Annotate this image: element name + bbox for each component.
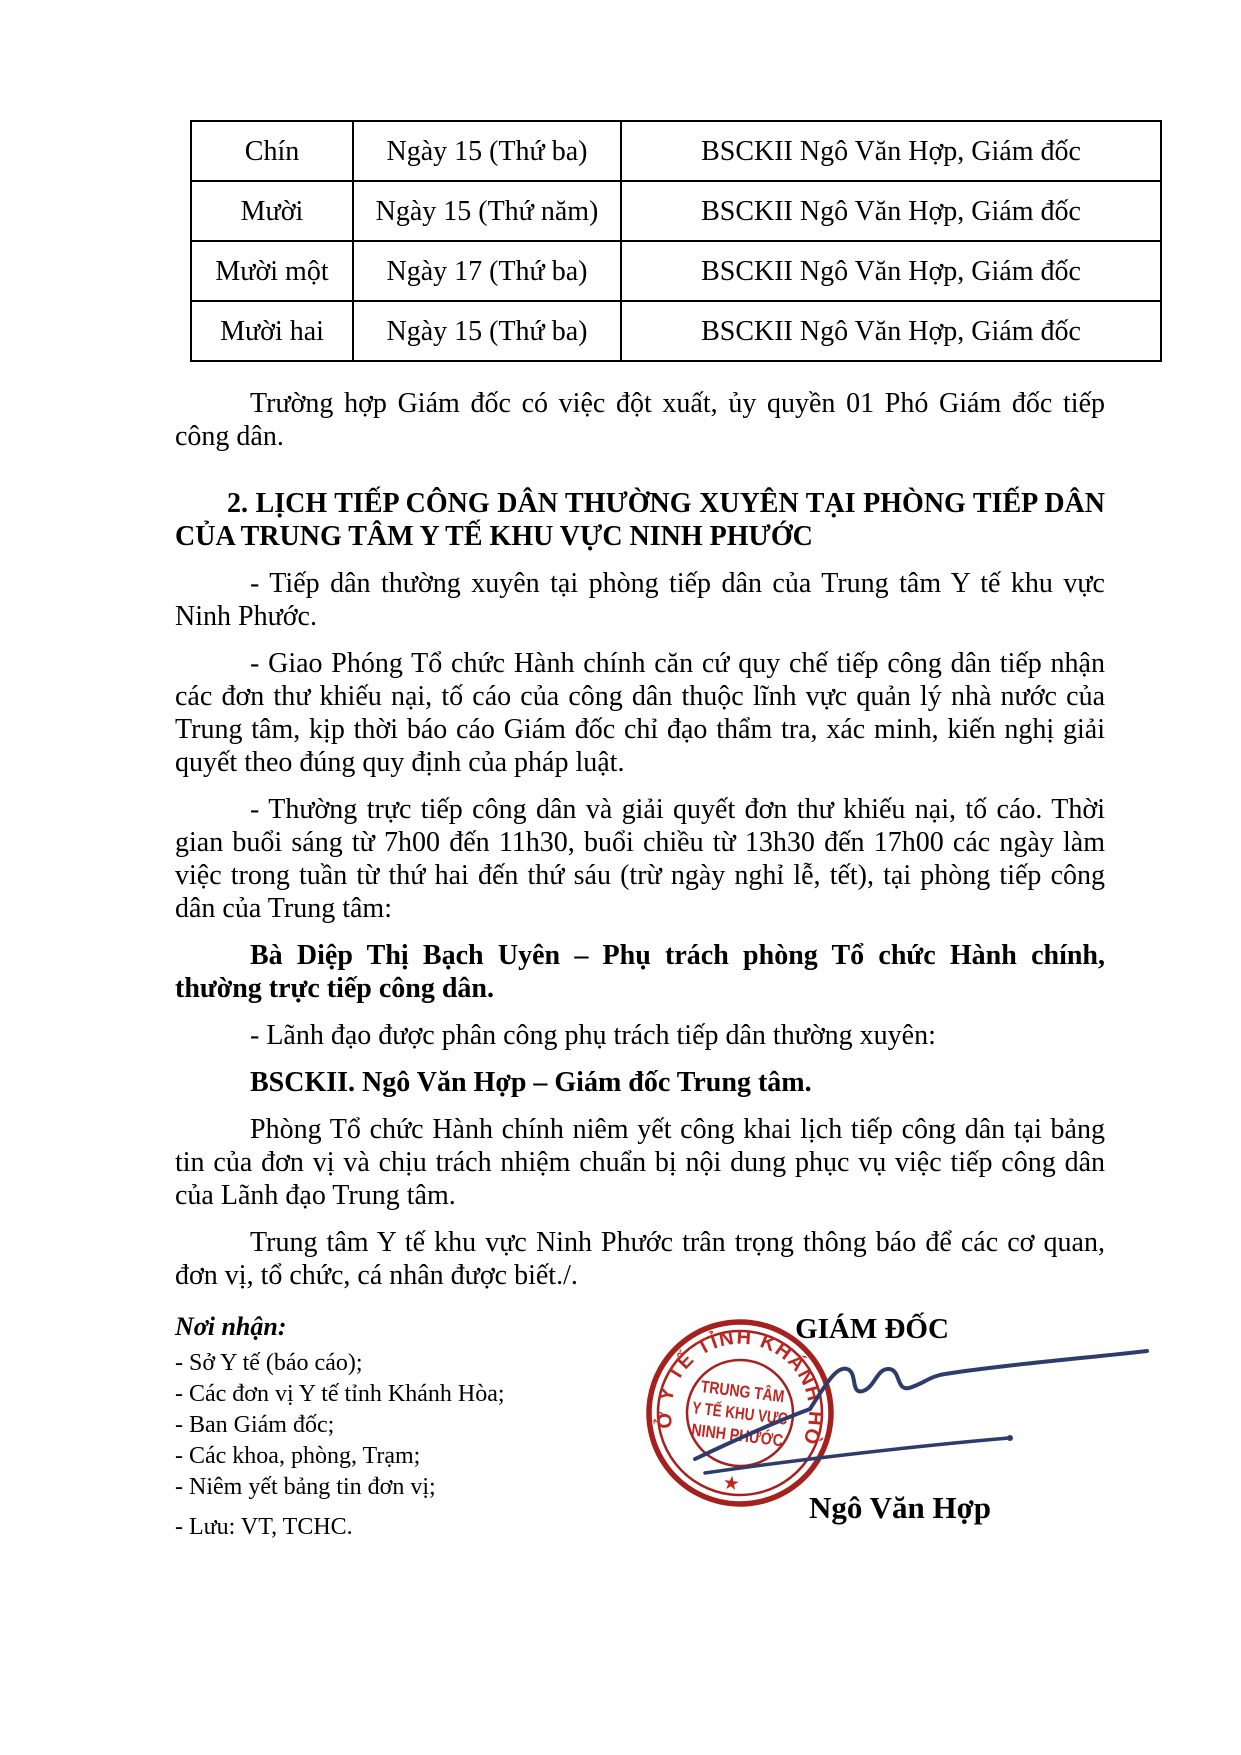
cell-week: Chín bbox=[191, 121, 353, 181]
paragraph-tran-trong: Trung tâm Y tế khu vực Ninh Phước trân t… bbox=[175, 1226, 1105, 1292]
recipients-block: Nơi nhận: - Sở Y tế (báo cáo); - Các đơn… bbox=[175, 1310, 615, 1560]
cell-person: BSCKII Ngô Văn Hợp, Giám đốc bbox=[621, 301, 1161, 361]
signature-block: SỞ Y TẾ TỈNH KHÁNH HÒA TRUNG TÂM Y TẾ KH… bbox=[615, 1310, 1105, 1560]
paragraph-lanh-dao: - Lãnh đạo được phân công phụ trách tiếp… bbox=[175, 1019, 1105, 1052]
recipient-item: - Sở Y tế (báo cáo); bbox=[175, 1348, 615, 1379]
cell-date: Ngày 15 (Thứ ba) bbox=[353, 301, 621, 361]
cell-person: BSCKII Ngô Văn Hợp, Giám đốc bbox=[621, 241, 1161, 301]
paragraph-giam-doc: BSCKII. Ngô Văn Hợp – Giám đốc Trung tâm… bbox=[175, 1066, 1105, 1099]
section-heading-2: 2. LỊCH TIẾP CÔNG DÂN THƯỜNG XUYÊN TẠI P… bbox=[175, 487, 1105, 553]
schedule-table: Chín Ngày 15 (Thứ ba) BSCKII Ngô Văn Hợp… bbox=[190, 120, 1162, 362]
recipient-item: - Các khoa, phòng, Trạm; bbox=[175, 1441, 615, 1472]
cell-person: BSCKII Ngô Văn Hợp, Giám đốc bbox=[621, 181, 1161, 241]
cell-week: Mười bbox=[191, 181, 353, 241]
paragraph-thuong-truc: - Thường trực tiếp công dân và giải quyế… bbox=[175, 793, 1105, 925]
cell-date: Ngày 17 (Thứ ba) bbox=[353, 241, 621, 301]
signature-stroke-end-dot bbox=[1007, 1435, 1013, 1441]
paragraph-tiep-dan: - Tiếp dân thường xuyên tại phòng tiếp d… bbox=[175, 567, 1105, 633]
cell-week: Mười một bbox=[191, 241, 353, 301]
signature-footer: Nơi nhận: - Sở Y tế (báo cáo); - Các đơn… bbox=[175, 1310, 1105, 1560]
table-row: Chín Ngày 15 (Thứ ba) BSCKII Ngô Văn Hợp… bbox=[191, 121, 1161, 181]
document-page: Chín Ngày 15 (Thứ ba) BSCKII Ngô Văn Hợp… bbox=[0, 0, 1241, 1755]
cell-date: Ngày 15 (Thứ năm) bbox=[353, 181, 621, 241]
signature-title: GIÁM ĐỐC bbox=[615, 1312, 1105, 1346]
table-row: Mười một Ngày 17 (Thứ ba) BSCKII Ngô Văn… bbox=[191, 241, 1161, 301]
document-body: Trường hợp Giám đốc có việc đột xuất, ủy… bbox=[175, 387, 1105, 1292]
paragraph-uy-quyen: Trường hợp Giám đốc có việc đột xuất, ủy… bbox=[175, 387, 1105, 453]
table-row: Mười hai Ngày 15 (Thứ ba) BSCKII Ngô Văn… bbox=[191, 301, 1161, 361]
paragraph-niem-yet: Phòng Tổ chức Hành chính niêm yết công k… bbox=[175, 1113, 1105, 1212]
cell-person: BSCKII Ngô Văn Hợp, Giám đốc bbox=[621, 121, 1161, 181]
recipient-item: - Các đơn vị Y tế tỉnh Khánh Hòa; bbox=[175, 1379, 615, 1410]
cell-date: Ngày 15 (Thứ ba) bbox=[353, 121, 621, 181]
recipients-label: Nơi nhận: bbox=[175, 1310, 615, 1344]
recipient-item: - Ban Giám đốc; bbox=[175, 1410, 615, 1441]
paragraph-giao-phong: - Giao Phóng Tổ chức Hành chính căn cứ q… bbox=[175, 647, 1105, 779]
recipient-item: - Niêm yết bảng tin đơn vị; bbox=[175, 1472, 615, 1503]
cell-week: Mười hai bbox=[191, 301, 353, 361]
table-row: Mười Ngày 15 (Thứ năm) BSCKII Ngô Văn Hợ… bbox=[191, 181, 1161, 241]
recipient-item: - Lưu: VT, TCHC. bbox=[175, 1512, 615, 1543]
signer-name: Ngô Văn Hợp bbox=[615, 1490, 1105, 1526]
paragraph-phu-trach: Bà Diệp Thị Bạch Uyên – Phụ trách phòng … bbox=[175, 939, 1105, 1005]
